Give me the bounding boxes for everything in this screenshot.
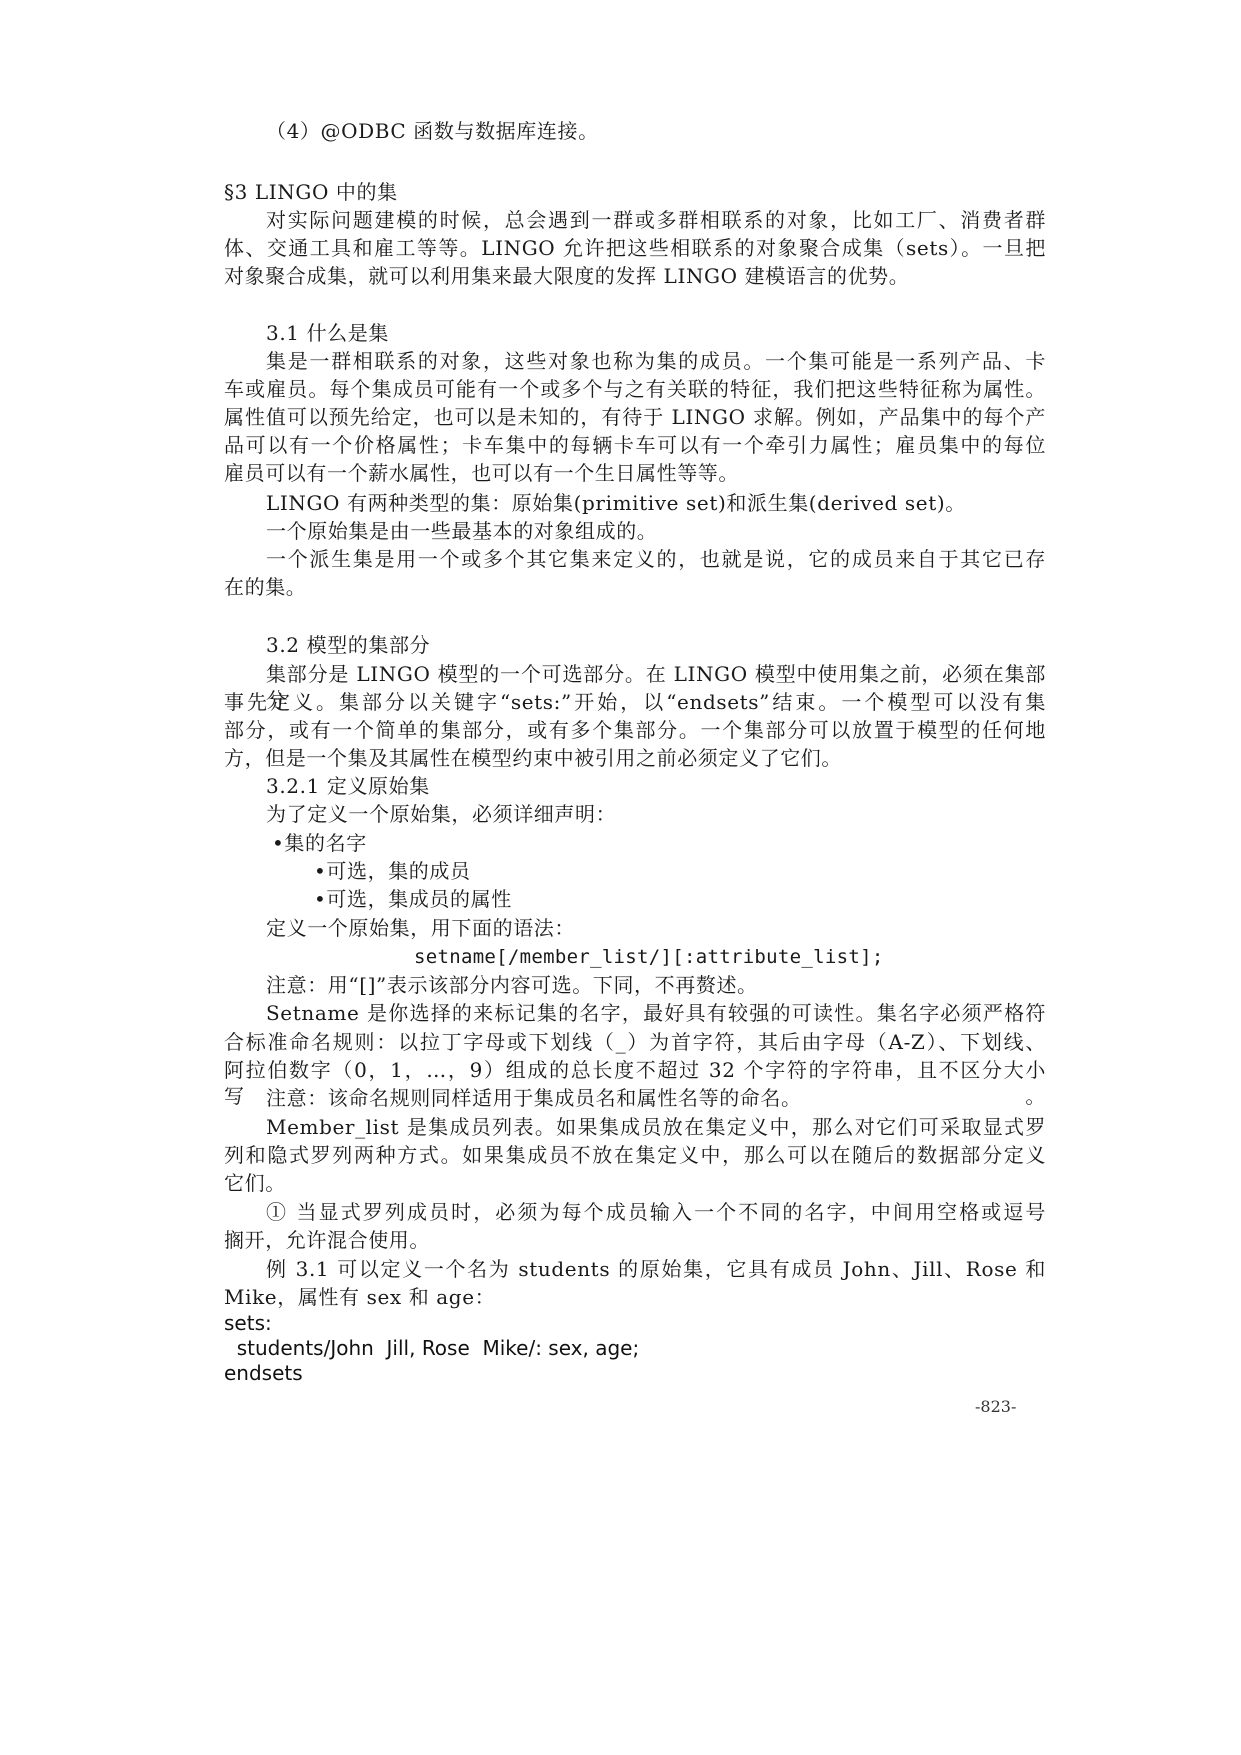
code-line: endsets: [224, 1361, 303, 1385]
text-line: 为了定义一个原始集，必须详细声明：: [266, 801, 1046, 827]
text-line: 它们。: [224, 1170, 1046, 1196]
text-line: 列和隐式罗列两种方式。如果集成员不放在集定义中，那么可以在随后的数据部分定义: [224, 1142, 1046, 1168]
text-line: 注意：该命名规则同样适用于集成员名和属性名等的命名。: [266, 1085, 1046, 1111]
text-line: Member_list 是集成员列表。如果集成员放在集定义中，那么对它们可采取显…: [266, 1114, 1046, 1140]
text-line: •可选，集的成员: [314, 858, 1136, 884]
code-line: sets:: [224, 1311, 272, 1335]
text-line: •可选，集成员的属性: [314, 886, 1136, 912]
text-line: Setname 是你选择的来标记集的名字，最好具有较强的可读性。集名字必须严格符: [266, 1000, 1046, 1026]
text-line: 搁开，允许混合使用。: [224, 1227, 1046, 1253]
text-line: 例 3.1 可以定义一个名为 students 的原始集，它具有成员 John、…: [266, 1256, 1046, 1282]
text-line: 集是一群相联系的对象，这些对象也称为集的成员。一个集可能是一系列产品、卡: [266, 348, 1046, 374]
text-line: Mike，属性有 sex 和 age：: [224, 1284, 1046, 1310]
text-line: 3.2.1 定义原始集: [266, 773, 1046, 799]
text-line: 一个派生集是用一个或多个其它集来定义的，也就是说，它的成员来自于其它已存: [266, 546, 1046, 572]
text-line: 品可以有一个价格属性；卡车集中的每辆卡车可以有一个牵引力属性；雇员集中的每位: [224, 432, 1046, 458]
text-line: 一个原始集是由一些最基本的对象组成的。: [266, 518, 1046, 544]
text-line: （4）@ODBC 函数与数据库连接。: [266, 118, 1046, 144]
text-line: 合标准命名规则：以拉丁字母或下划线（_）为首字符，其后由字母（A-Z）、下划线、: [224, 1029, 1046, 1055]
page-number: -823-: [975, 1397, 1016, 1417]
text-line: 部分，或有一个简单的集部分，或有多个集部分。一个集部分可以放置于模型的任何地: [224, 717, 1046, 743]
text-line: 方，但是一个集及其属性在模型约束中被引用之前必须定义了它们。: [224, 745, 1046, 771]
text-line: 事先定义。集部分以关键字“sets:”开始，以“endsets”结束。一个模型可…: [224, 689, 1046, 715]
text-line: ① 当显式罗列成员时，必须为每个成员输入一个不同的名字，中间用空格或逗号: [266, 1199, 1046, 1225]
text-line: 3.2 模型的集部分: [266, 632, 1046, 658]
text-line: 3.1 什么是集: [266, 320, 1046, 346]
document-page: （4）@ODBC 函数与数据库连接。§3 LINGO 中的集对实际问题建模的时候…: [0, 0, 1241, 1755]
text-line: 对象聚合成集，就可以利用集来最大限度的发挥 LINGO 建模语言的优势。: [224, 263, 1046, 289]
text-line: 体、交通工具和雇工等等。LINGO 允许把这些相联系的对象聚合成集（sets）。…: [224, 235, 1046, 261]
text-line: 雇员可以有一个薪水属性，也可以有一个生日属性等等。: [224, 460, 1046, 486]
text-line: 对实际问题建模的时候，总会遇到一群或多群相联系的对象，比如工厂、消费者群: [266, 207, 1046, 233]
text-line: •集的名字: [272, 830, 1094, 856]
text-line: 车或雇员。每个集成员可能有一个或多个与之有关联的特征，我们把这些特征称为属性。: [224, 376, 1046, 402]
text-line: §3 LINGO 中的集: [224, 179, 1046, 205]
text-line: 属性值可以预先给定，也可以是未知的，有待于 LINGO 求解。例如，产品集中的每…: [224, 404, 1046, 430]
text-line: setname[/member_list/][:attribute_list];: [414, 944, 1236, 970]
text-line: 在的集。: [224, 574, 1046, 600]
code-line: students/John Jill, Rose Mike/: sex, age…: [224, 1336, 639, 1360]
text-line: LINGO 有两种类型的集：原始集(primitive set)和派生集(der…: [266, 490, 1046, 516]
text-line: 注意：用“[]”表示该部分内容可选。下同，不再赘述。: [266, 972, 1046, 998]
text-line: 定义一个原始集，用下面的语法：: [266, 915, 1046, 941]
